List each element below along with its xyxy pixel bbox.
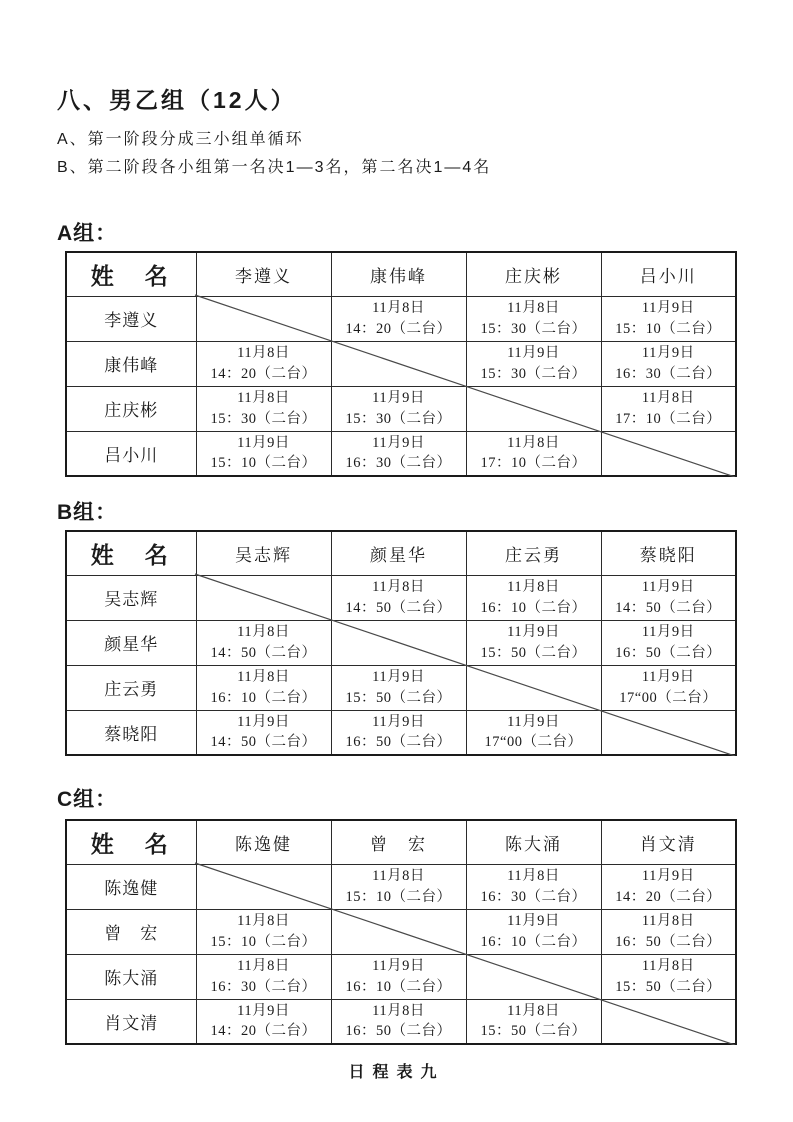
schedule-cell: 11月8日 16：10（二台） (466, 575, 601, 620)
name-header-cell: 姓 名 (66, 252, 196, 296)
schedule-cell (466, 665, 601, 710)
schedule-cell: 11月8日 15：10（二台） (331, 864, 466, 909)
row-name-cell: 吕小川 (66, 431, 196, 476)
schedule-table-a: 姓 名 李遵义 康伟峰 庄庆彬 吕小川 李遵义 11月8日 14：20（二台） … (65, 251, 737, 477)
schedule-cell: 11月8日 16：50（二台） (331, 999, 466, 1044)
player-header-cell: 颜星华 (331, 531, 466, 575)
schedule-cell: 11月8日 15：50（二台） (601, 954, 736, 999)
schedule-cell: 11月9日 17“00（二台） (466, 710, 601, 755)
schedule-cell: 11月9日 15：10（二台） (601, 296, 736, 341)
table-row: 陈大涌 11月8日 16：30（二台） 11月9日 16：10（二台） 11月8… (66, 954, 736, 999)
document-page: 八、男乙组（12人） A、第一阶段分成三小组单循环 B、第二阶段各小组第一名决1… (0, 0, 793, 1122)
schedule-cell: 11月8日 17：10（二台） (601, 386, 736, 431)
table-row: 庄庆彬 11月8日 15：30（二台） 11月9日 15：30（二台） 11月8… (66, 386, 736, 431)
schedule-cell: 11月9日 16：10（二台） (331, 954, 466, 999)
schedule-cell: 11月8日 16：10（二台） (196, 665, 331, 710)
note-stage-one: A、第一阶段分成三小组单循环 (57, 126, 304, 149)
row-name-cell: 陈逸健 (66, 864, 196, 909)
schedule-cell: 11月8日 15：10（二台） (196, 909, 331, 954)
player-header-cell: 蔡晓阳 (601, 531, 736, 575)
schedule-cell: 11月8日 16：50（二台） (601, 909, 736, 954)
player-header-cell: 陈逸健 (196, 820, 331, 864)
schedule-cell: 11月8日 15：30（二台） (196, 386, 331, 431)
name-header-cell: 姓 名 (66, 820, 196, 864)
schedule-cell: 11月9日 15：10（二台） (196, 431, 331, 476)
schedule-cell (196, 296, 331, 341)
table-row: 曾 宏 11月8日 15：10（二台） 11月9日 16：10（二台） 11月8… (66, 909, 736, 954)
schedule-cell: 11月9日 14：50（二台） (601, 575, 736, 620)
row-name-cell: 庄云勇 (66, 665, 196, 710)
table-row: 庄云勇 11月8日 16：10（二台） 11月9日 15：50（二台） 11月9… (66, 665, 736, 710)
schedule-table-c: 姓 名 陈逸健 曾 宏 陈大涌 肖文清 陈逸健 11月8日 15：10（二台） … (65, 819, 737, 1045)
row-name-cell: 蔡晓阳 (66, 710, 196, 755)
group-a-table: 姓 名 李遵义 康伟峰 庄庆彬 吕小川 李遵义 11月8日 14：20（二台） … (65, 251, 735, 477)
table-row: 蔡晓阳 11月9日 14：50（二台） 11月9日 16：50（二台） 11月9… (66, 710, 736, 755)
schedule-cell: 11月8日 16：30（二台） (466, 864, 601, 909)
schedule-cell (601, 710, 736, 755)
schedule-cell: 11月8日 14：20（二台） (331, 296, 466, 341)
table-row: 颜星华 11月8日 14：50（二台） 11月9日 15：50（二台） 11月9… (66, 620, 736, 665)
row-name-cell: 肖文清 (66, 999, 196, 1044)
table-header-row: 姓 名 李遵义 康伟峰 庄庆彬 吕小川 (66, 252, 736, 296)
row-name-cell: 李遵义 (66, 296, 196, 341)
schedule-cell: 11月9日 15：30（二台） (331, 386, 466, 431)
table-row: 康伟峰 11月8日 14：20（二台） 11月9日 15：30（二台） 11月9… (66, 341, 736, 386)
schedule-cell (331, 620, 466, 665)
player-header-cell: 李遵义 (196, 252, 331, 296)
schedule-cell: 11月9日 14：20（二台） (601, 864, 736, 909)
schedule-cell: 11月9日 16：10（二台） (466, 909, 601, 954)
schedule-cell: 11月9日 17“00（二台） (601, 665, 736, 710)
player-header-cell: 吴志辉 (196, 531, 331, 575)
schedule-cell: 11月8日 16：30（二台） (196, 954, 331, 999)
schedule-cell: 11月9日 15：30（二台） (466, 341, 601, 386)
schedule-cell: 11月9日 14：20（二台） (196, 999, 331, 1044)
schedule-cell: 11月9日 16：50（二台） (331, 710, 466, 755)
schedule-cell (601, 999, 736, 1044)
player-header-cell: 吕小川 (601, 252, 736, 296)
schedule-cell (466, 386, 601, 431)
player-header-cell: 康伟峰 (331, 252, 466, 296)
schedule-cell (196, 864, 331, 909)
schedule-cell: 11月9日 16：30（二台） (331, 431, 466, 476)
schedule-cell (601, 431, 736, 476)
schedule-cell: 11月9日 15：50（二台） (466, 620, 601, 665)
table-header-row: 姓 名 陈逸健 曾 宏 陈大涌 肖文清 (66, 820, 736, 864)
schedule-cell (196, 575, 331, 620)
schedule-cell: 11月8日 14：20（二台） (196, 341, 331, 386)
table-header-row: 姓 名 吴志辉 颜星华 庄云勇 蔡晓阳 (66, 531, 736, 575)
schedule-cell (331, 341, 466, 386)
row-name-cell: 康伟峰 (66, 341, 196, 386)
schedule-cell: 11月9日 16：50（二台） (601, 620, 736, 665)
row-name-cell: 吴志辉 (66, 575, 196, 620)
player-header-cell: 肖文清 (601, 820, 736, 864)
group-c-table: 姓 名 陈逸健 曾 宏 陈大涌 肖文清 陈逸健 11月8日 15：10（二台） … (65, 819, 735, 1045)
table-row: 陈逸健 11月8日 15：10（二台） 11月8日 16：30（二台） 11月9… (66, 864, 736, 909)
schedule-cell: 11月9日 15：50（二台） (331, 665, 466, 710)
schedule-table-b: 姓 名 吴志辉 颜星华 庄云勇 蔡晓阳 吴志辉 11月8日 14：50（二台） … (65, 530, 737, 756)
schedule-cell: 11月8日 17：10（二台） (466, 431, 601, 476)
schedule-cell: 11月8日 14：50（二台） (196, 620, 331, 665)
group-b-table: 姓 名 吴志辉 颜星华 庄云勇 蔡晓阳 吴志辉 11月8日 14：50（二台） … (65, 530, 735, 756)
table-row: 李遵义 11月8日 14：20（二台） 11月8日 15：30（二台） 11月9… (66, 296, 736, 341)
name-header-cell: 姓 名 (66, 531, 196, 575)
schedule-cell: 11月8日 15：50（二台） (466, 999, 601, 1044)
schedule-cell: 11月9日 16：30（二台） (601, 341, 736, 386)
page-footer: 日程表九 (0, 1059, 793, 1082)
schedule-cell: 11月8日 14：50（二台） (331, 575, 466, 620)
page-title: 八、男乙组（12人） (57, 82, 297, 115)
table-row: 吴志辉 11月8日 14：50（二台） 11月8日 16：10（二台） 11月9… (66, 575, 736, 620)
table-row: 肖文清 11月9日 14：20（二台） 11月8日 16：50（二台） 11月8… (66, 999, 736, 1044)
schedule-cell (466, 954, 601, 999)
group-b-label: B组： (57, 496, 117, 526)
group-a-label: A组： (57, 217, 117, 247)
row-name-cell: 陈大涌 (66, 954, 196, 999)
schedule-cell: 11月8日 15：30（二台） (466, 296, 601, 341)
note-stage-two: B、第二阶段各小组第一名决1—3名，第二名决1—4名 (57, 154, 491, 177)
schedule-cell (331, 909, 466, 954)
group-c-label: C组： (57, 783, 117, 813)
row-name-cell: 曾 宏 (66, 909, 196, 954)
row-name-cell: 颜星华 (66, 620, 196, 665)
player-header-cell: 庄庆彬 (466, 252, 601, 296)
row-name-cell: 庄庆彬 (66, 386, 196, 431)
schedule-cell: 11月9日 14：50（二台） (196, 710, 331, 755)
player-header-cell: 庄云勇 (466, 531, 601, 575)
player-header-cell: 曾 宏 (331, 820, 466, 864)
table-row: 吕小川 11月9日 15：10（二台） 11月9日 16：30（二台） 11月8… (66, 431, 736, 476)
player-header-cell: 陈大涌 (466, 820, 601, 864)
